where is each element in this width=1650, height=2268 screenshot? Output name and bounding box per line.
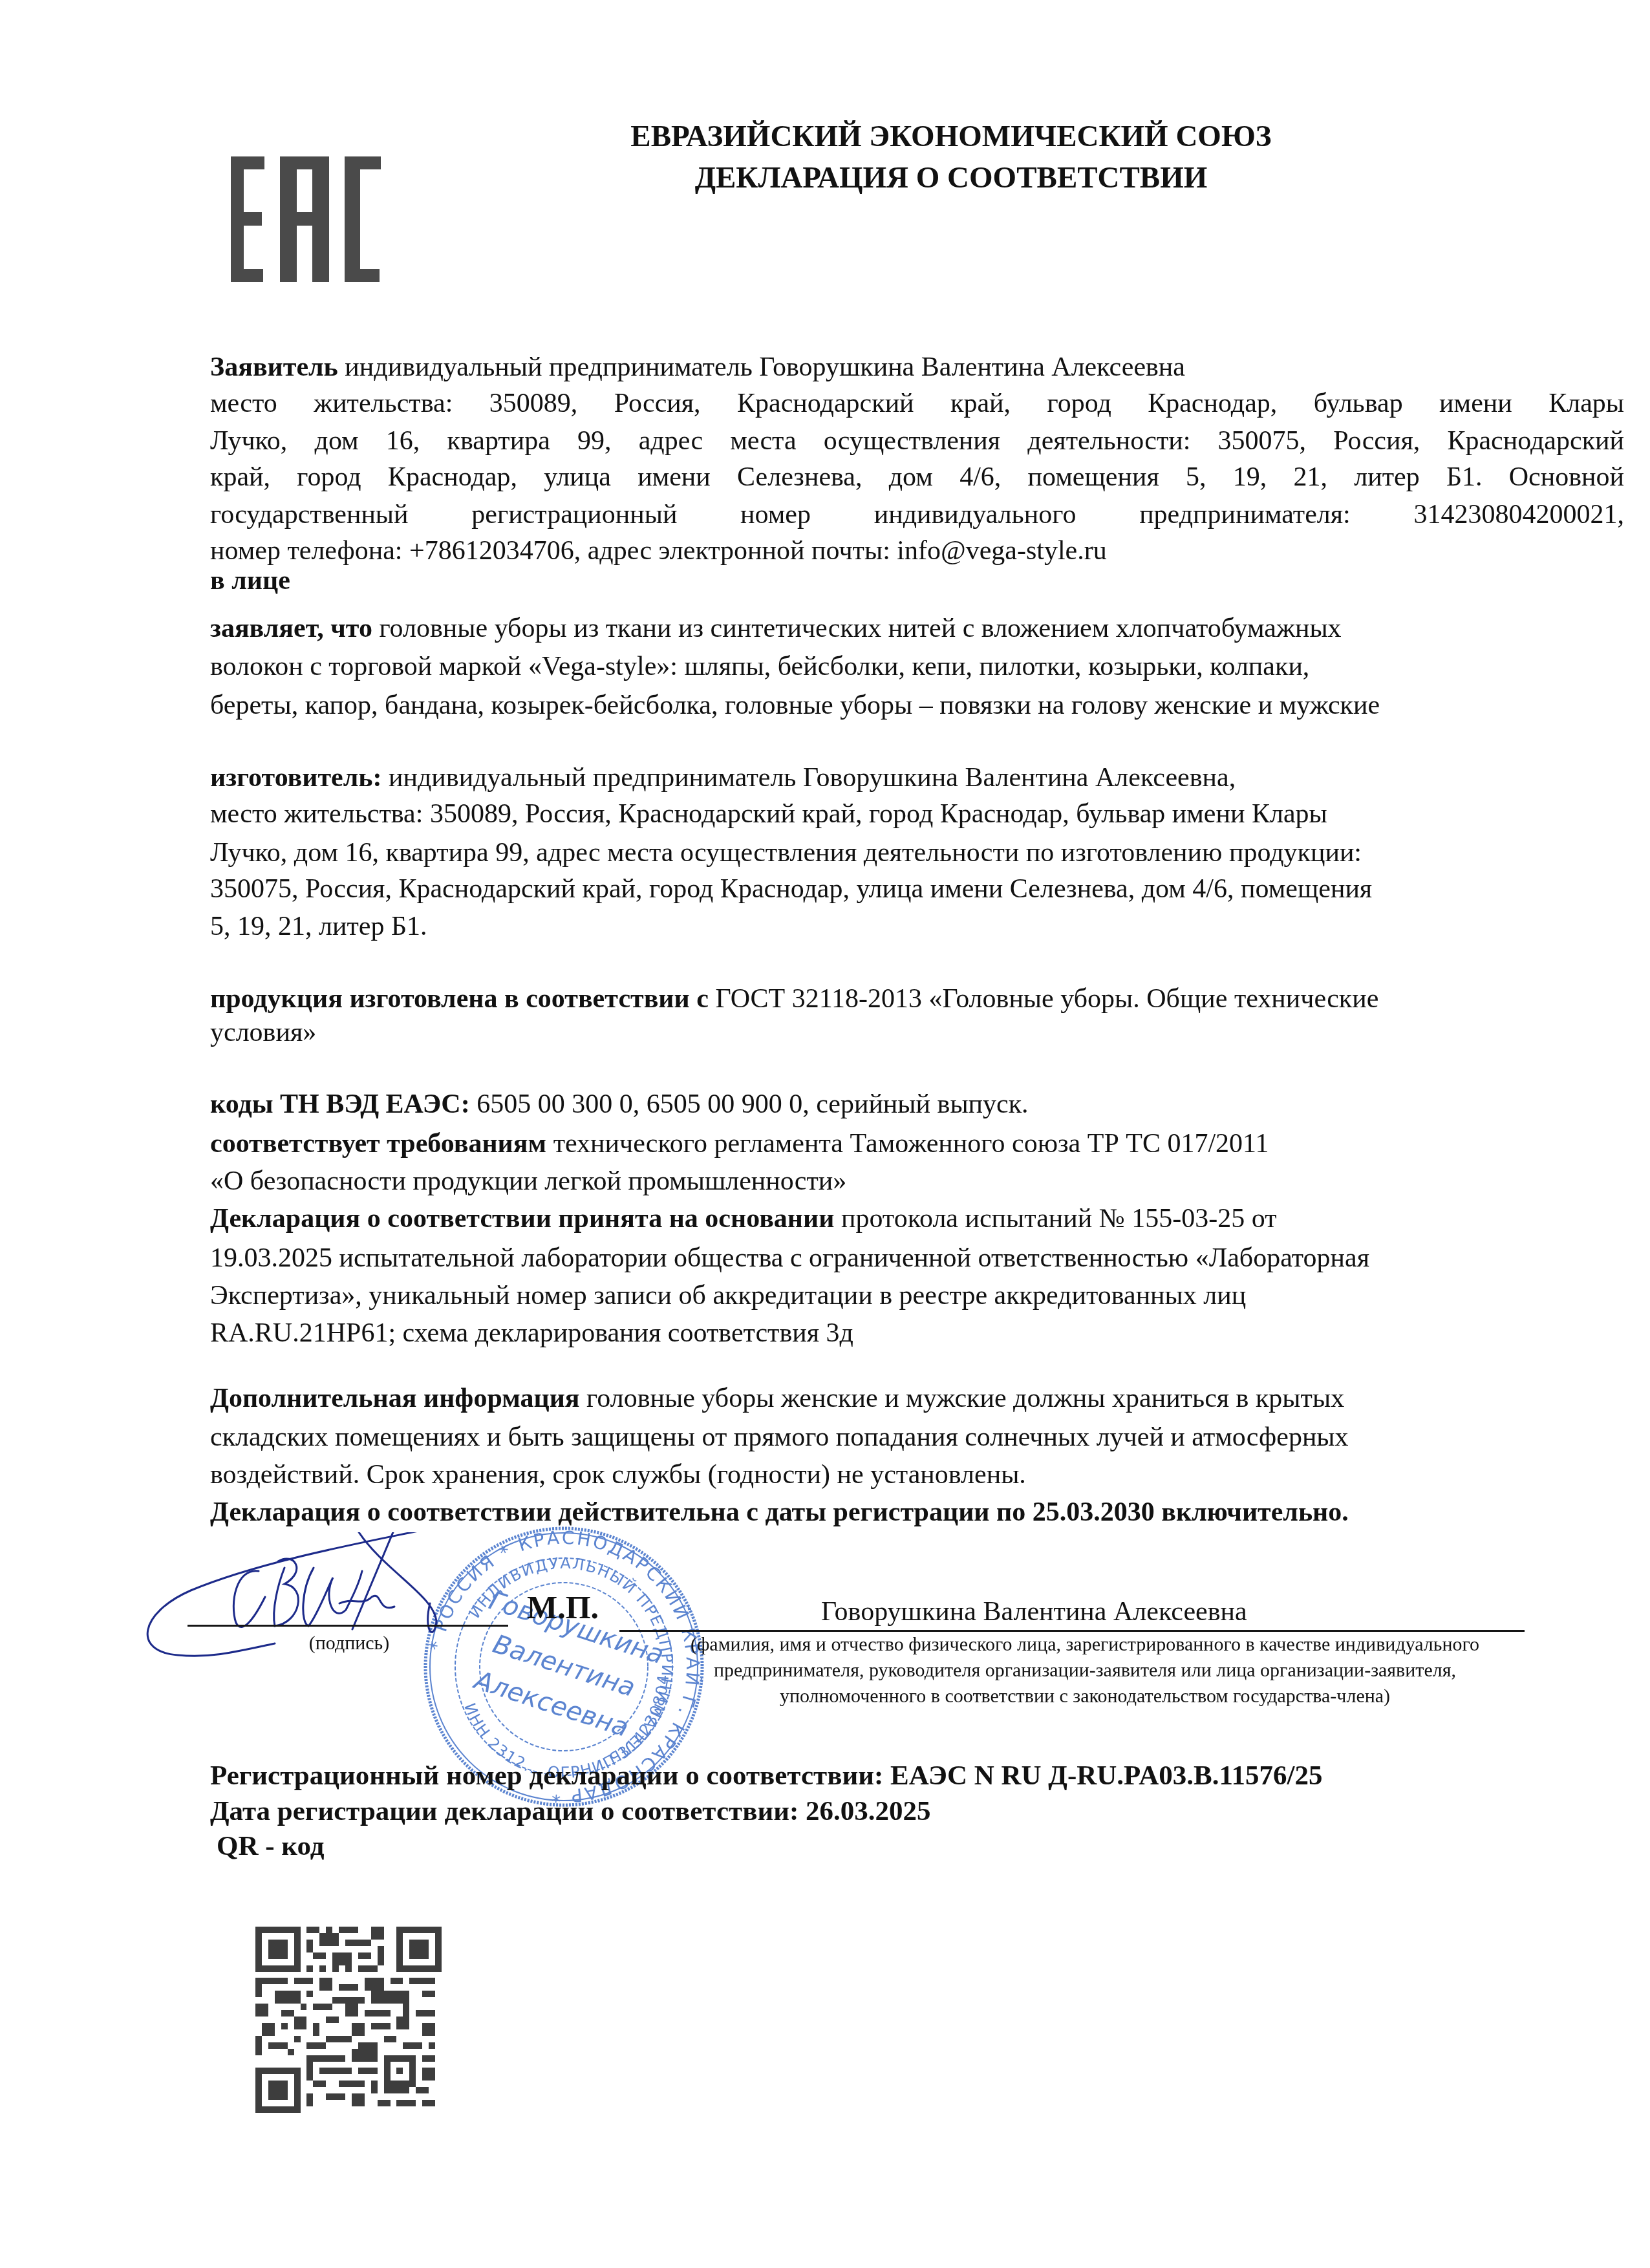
conformity-line: «О безопасности продукции легкой промышл… — [210, 1165, 846, 1197]
applicant-line: Заявитель индивидуальный предприниматель… — [210, 351, 1185, 383]
qr-code-icon[interactable] — [255, 1927, 442, 2113]
signer-name: Говорушкина Валентина Алексеевна — [821, 1596, 1247, 1628]
basis-line: Экспертиза», уникальный номер записи об … — [210, 1279, 1246, 1312]
applicant-line: место жительства: 350089, Россия, Красно… — [210, 387, 1624, 420]
manufacturer-line: 350075, Россия, Краснодарский край, горо… — [210, 873, 1372, 905]
conformity-line: соответствует требованиям технического р… — [210, 1128, 1269, 1160]
validity-line: Декларация о соответствии действительна … — [210, 1496, 1349, 1528]
additional-info-line: воздействий. Срок хранения, срок службы … — [210, 1459, 1026, 1491]
signer-name-line — [619, 1630, 1525, 1632]
manufacturer-line: 5, 19, 21, литер Б1. — [210, 910, 427, 943]
basis-line: RA.RU.21НР61; схема декларирования соотв… — [210, 1317, 853, 1349]
signature-caption: (подпись) — [278, 1632, 420, 1655]
registration-date: Дата регистрации декларации о соответств… — [210, 1795, 931, 1828]
applicant-line: номер телефона: +78612034706, адрес элек… — [210, 535, 1107, 567]
additional-info-line: складских помещениях и быть защищены от … — [210, 1421, 1349, 1453]
applicant-line: Лучко, дом 16, квартира 99, адрес места … — [210, 425, 1624, 457]
declares-line: береты, капор, бандана, козырек-бейсболк… — [210, 689, 1380, 722]
qr-code-label: QR - код — [217, 1830, 325, 1863]
seal-placeholder-label: М.П. — [527, 1589, 599, 1625]
declares-line: заявляет, что головные уборы из ткани из… — [210, 612, 1342, 645]
signer-caption-line: (фамилия, имя и отчество физического лиц… — [619, 1633, 1550, 1656]
applicant-line: в лице — [210, 564, 290, 597]
codes-line: коды ТН ВЭД ЕАЭС: 6505 00 300 0, 6505 00… — [210, 1088, 1029, 1120]
applicant-line: край, город Краснодар, улица имени Селез… — [210, 461, 1624, 493]
manufacturer-line: место жительства: 350089, Россия, Красно… — [210, 798, 1327, 830]
registration-number: Регистрационный номер декларации о соотв… — [210, 1760, 1323, 1792]
manufacturer-line: Лучко, дом 16, квартира 99, адрес места … — [210, 837, 1362, 869]
basis-line: Декларация о соответствии принята на осн… — [210, 1203, 1277, 1235]
standard-line: продукция изготовлена в соответствии с Г… — [210, 983, 1378, 1015]
basis-line: 19.03.2025 испытательной лаборатории общ… — [210, 1242, 1369, 1274]
title-union: ЕВРАЗИЙСКИЙ ЭКОНОМИЧЕСКИЙ СОЮЗ — [0, 118, 1650, 155]
signer-caption-line: уполномоченного в соответствии с законод… — [619, 1685, 1550, 1708]
applicant-line: государственный регистрационный номер ин… — [210, 498, 1624, 531]
signer-caption-line: предпринимателя, руководителя организаци… — [619, 1659, 1550, 1682]
manufacturer-line: изготовитель: индивидуальный предпринима… — [210, 762, 1236, 794]
declares-line: волокон с торговой маркой «Vega-style»: … — [210, 650, 1309, 683]
signature-line — [187, 1625, 508, 1627]
additional-info-line: Дополнительная информация головные уборы… — [210, 1382, 1344, 1415]
standard-line: условия» — [210, 1016, 316, 1049]
title-declaration: ДЕКЛАРАЦИЯ О СООТВЕТСТВИИ — [0, 160, 1650, 196]
